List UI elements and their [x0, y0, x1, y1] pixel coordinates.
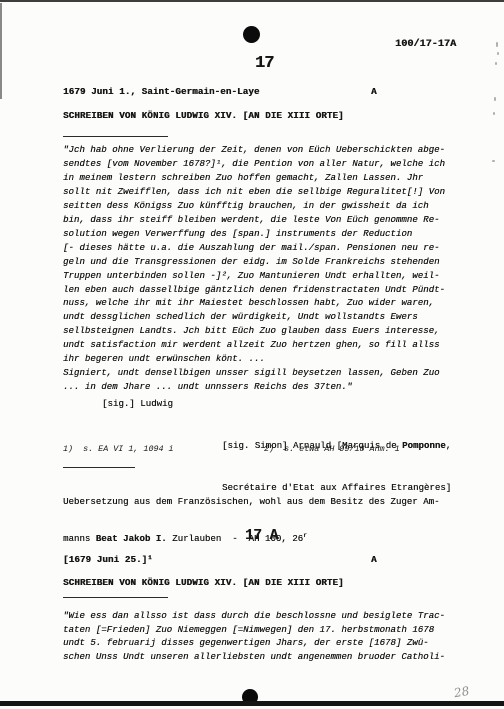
signature-ludwig: [sig.] Ludwig	[102, 397, 173, 411]
entry-17-title: SCHREIBEN VON KÖNIG LUDWIG XIV. [AN DIE …	[63, 110, 344, 121]
footnote-rule	[63, 467, 135, 468]
scan-edge-bottom	[0, 701, 504, 706]
provenance-superscript: r	[303, 532, 307, 539]
entry-17a-quote: "Wie ess dan allsso ist dass durch die b…	[63, 609, 445, 663]
entry-17-title-rule	[63, 136, 168, 137]
provenance-line1: Uebersetzung aus dem Französischen, wohl…	[63, 496, 440, 507]
scan-speck	[493, 112, 495, 115]
handwritten-page-number: 28	[453, 684, 470, 700]
entry-17a-dateline: [1679 Juni 25.]¹	[63, 554, 153, 565]
scan-speck	[497, 52, 499, 55]
entry-17-marker: A	[371, 86, 377, 97]
provenance-bold-name: Beat Jakob I.	[96, 533, 167, 544]
entry-17a-title-rule	[63, 597, 168, 598]
archive-reference: 100/17-17A	[395, 39, 456, 50]
scan-edge-top	[0, 0, 504, 2]
scan-speck	[495, 62, 497, 65]
entry-17-dateline: 1679 Juni 1., Saint-Germain-en-Laye	[63, 86, 259, 97]
scan-speck	[492, 160, 495, 162]
entry-17a-marker: A	[371, 554, 377, 565]
entry-17a-number: 17 A	[245, 528, 278, 544]
footnote-2: 2) s. etwa AH 99/18 Anm. 1	[264, 444, 400, 454]
scan-speck	[496, 42, 498, 47]
scanned-page: 100/17-17A 17 1679 Juni 1., Saint-Germai…	[0, 0, 504, 709]
entry-17-quote: "Jch hab ohne Verlierung der Zeit, denen…	[63, 143, 445, 394]
scan-speck	[494, 97, 496, 101]
punch-hole-top	[243, 26, 260, 43]
provenance-note: Uebersetzung aus dem Französischen, wohl…	[63, 474, 440, 567]
provenance-prefix: manns	[63, 533, 96, 544]
footnote-1: 1) s. EA VI 1, 1094 i	[63, 444, 174, 454]
entry-17-number: 17	[255, 54, 273, 73]
entry-17a-title: SCHREIBEN VON KÖNIG LUDWIG XIV. [AN DIE …	[63, 577, 344, 588]
provenance-mid: Zurlauben - AH 100, 26	[167, 533, 303, 544]
signature-arnauld-bold-name: Pomponne	[402, 440, 446, 451]
signature-arnauld-suffix: ,	[446, 440, 451, 451]
scan-edge-left	[0, 3, 2, 99]
